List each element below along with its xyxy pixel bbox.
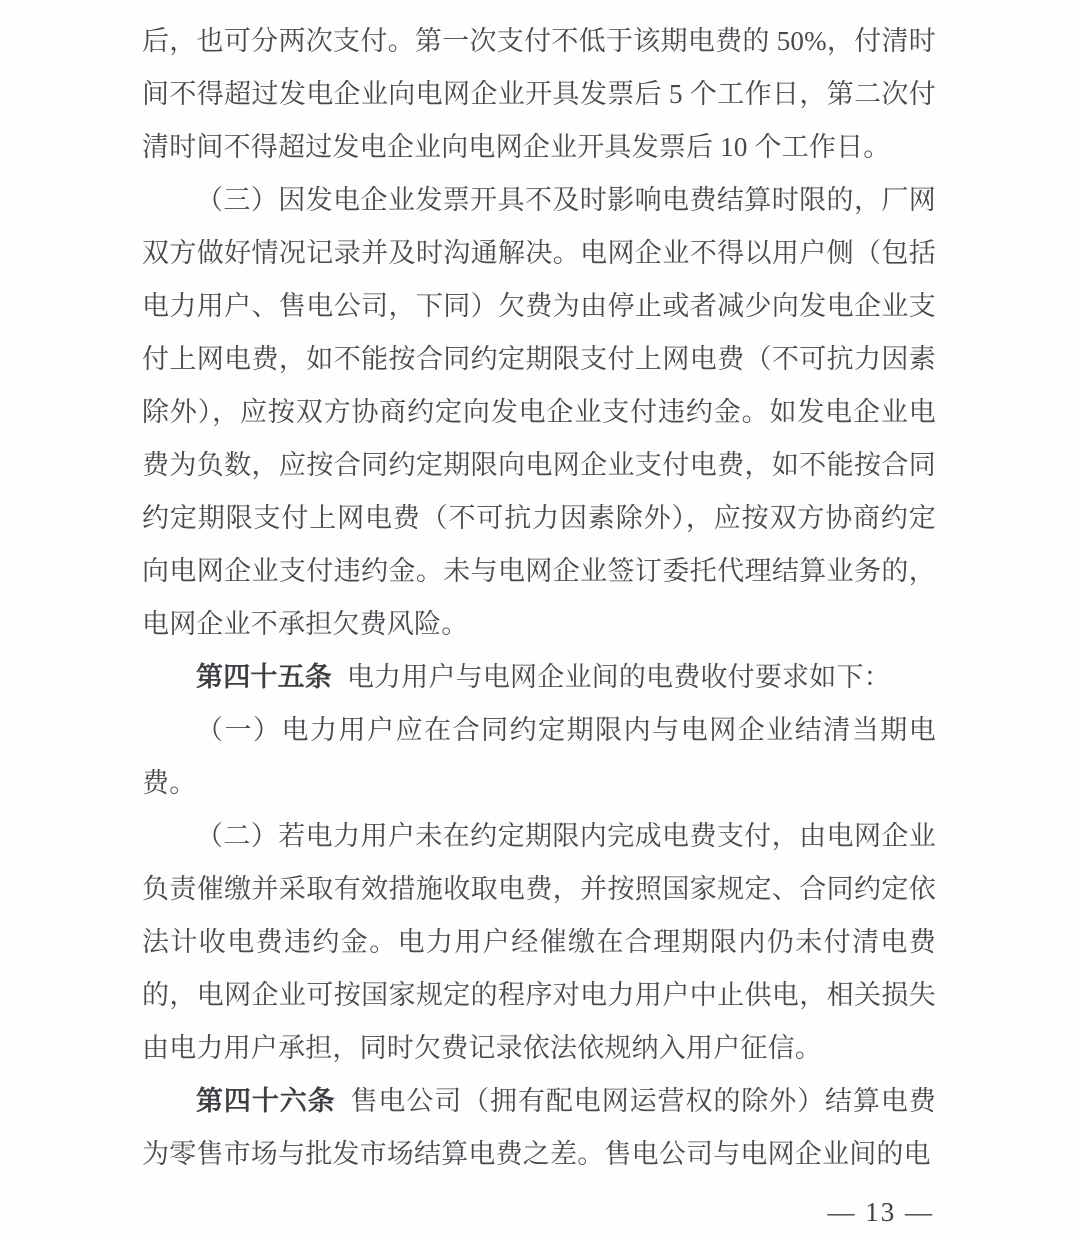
paragraph-text: 电力用户与电网企业间的电费收付要求如下：	[347, 662, 891, 692]
document-page: 后，也可分两次支付。第一次支付不低于该期电费的 50%，付清时间不得超过发电企业…	[0, 0, 1080, 1241]
paragraph: （二）若电力用户未在约定期限内完成电费支付，由电网企业负责催缴并采取有效措施收取…	[142, 810, 936, 1075]
paragraph: （三）因发电企业发票开具不及时影响电费结算时限的，厂网双方做好情况记录并及时沟通…	[142, 174, 936, 651]
paragraph-text: （一）电力用户应在合同约定期限内与电网企业结清当期电费。	[142, 715, 936, 798]
page-number: — 13 —	[828, 1196, 935, 1228]
document-body: 后，也可分两次支付。第一次支付不低于该期电费的 50%，付清时间不得超过发电企业…	[142, 15, 936, 1181]
paragraph-text: （二）若电力用户未在约定期限内完成电费支付，由电网企业负责催缴并采取有效措施收取…	[142, 821, 936, 1063]
article-number: 第四十五条	[196, 662, 332, 692]
paragraph: （一）电力用户应在合同约定期限内与电网企业结清当期电费。	[142, 704, 936, 810]
paragraph-text: 后，也可分两次支付。第一次支付不低于该期电费的 50%，付清时间不得超过发电企业…	[142, 26, 936, 162]
article-number: 第四十六条	[196, 1086, 336, 1116]
paragraph: 后，也可分两次支付。第一次支付不低于该期电费的 50%，付清时间不得超过发电企业…	[142, 15, 936, 174]
paragraph: 第四十六条售电公司（拥有配电网运营权的除外）结算电费为零售市场与批发市场结算电费…	[142, 1075, 936, 1181]
paragraph-text: （三）因发电企业发票开具不及时影响电费结算时限的，厂网双方做好情况记录并及时沟通…	[142, 185, 936, 639]
paragraph: 第四十五条电力用户与电网企业间的电费收付要求如下：	[142, 651, 936, 704]
